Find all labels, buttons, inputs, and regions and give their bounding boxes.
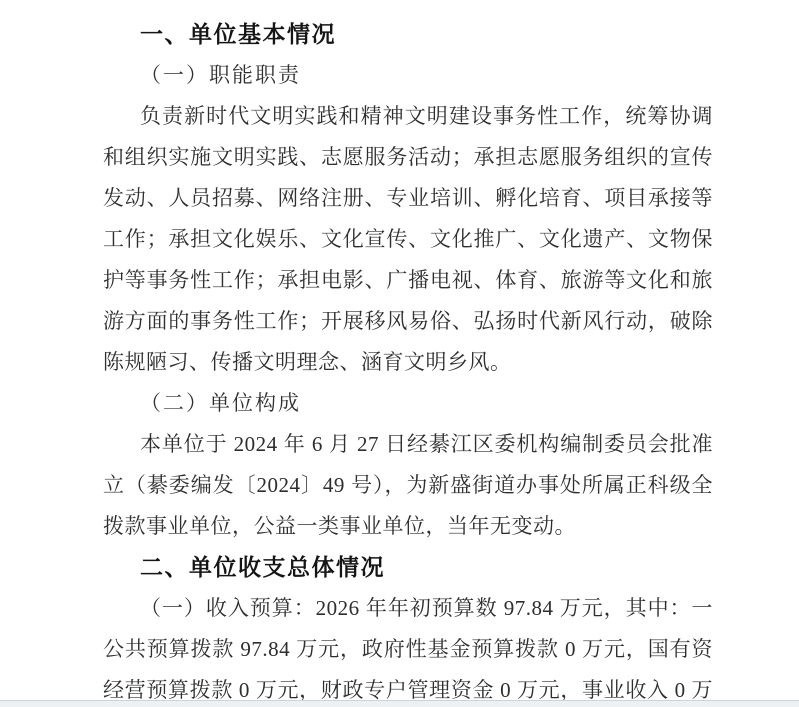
subsection-heading-composition: （二）单位构成 (103, 383, 713, 424)
body-line: 发动、人员招募、网络注册、专业培训、孵化培育、项目承接等 (103, 178, 713, 219)
body-line: 工作；承担文化娱乐、文化宣传、文化推广、文化遗产、文物保 (103, 219, 713, 260)
body-line: 拨款事业单位，公益一类事业单位，当年无变动。 (103, 506, 713, 547)
body-line: 和组织实施文明实践、志愿服务活动；承担志愿服务组织的宣传 (103, 137, 713, 178)
section-heading-basic-info: 一、单位基本情况 (103, 14, 713, 55)
body-line: 游方面的事务性工作；开展移风易俗、弘扬时代新风行动，破除 (103, 301, 713, 342)
document-page: 一、单位基本情况 （一）职能职责 负责新时代文明实践和精神文明建设事务性工作，统… (0, 0, 799, 707)
section-heading-revenue-expenditure: 二、单位收支总体情况 (103, 547, 713, 588)
body-line: 护等事务性工作；承担电影、广播电视、体育、旅游等文化和旅 (103, 260, 713, 301)
body-line: 立（綦委编发〔2024〕49 号），为新盛街道办事处所属正科级全额 (103, 465, 713, 506)
body-line: 公共预算拨款 97.84 万元，政府性基金预算拨款 0 万元，国有资本 (103, 629, 713, 670)
body-line: 陈规陋习、传播文明理念、涵育文明乡风。 (103, 342, 713, 383)
subsection-heading-duties: （一）职能职责 (103, 55, 713, 96)
body-line: 负责新时代文明实践和精神文明建设事务性工作，统筹协调 (103, 96, 713, 137)
body-line: 本单位于 2024 年 6 月 27 日经綦江区委机构编制委员会批准设 (103, 424, 713, 465)
body-line: （一）收入预算：2026 年年初预算数 97.84 万元，其中：一般 (103, 588, 713, 629)
page-bottom-edge (0, 700, 799, 707)
